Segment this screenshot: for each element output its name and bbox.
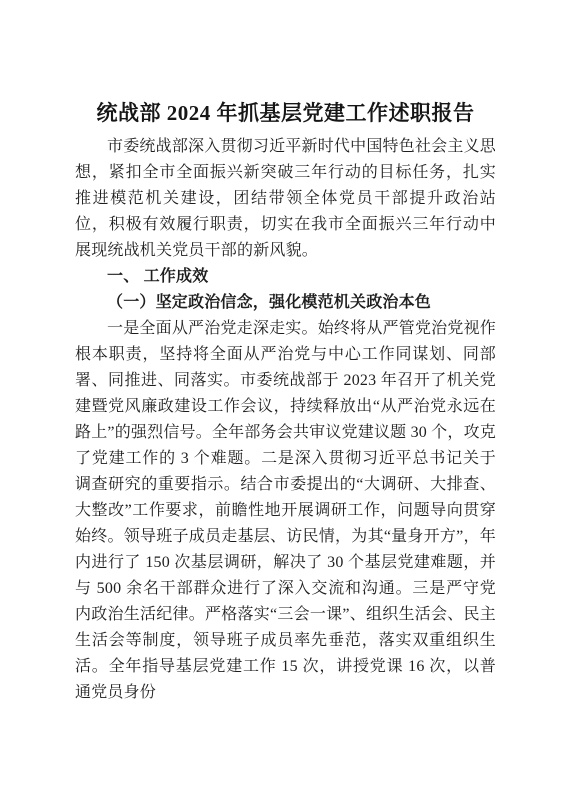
subsection-heading-political-conviction: （一）坚定政治信念，强化模范机关政治本色: [75, 290, 496, 316]
section-heading-work-results: 一、 工作成效: [75, 264, 496, 290]
intro-paragraph: 市委统战部深入贯彻习近平新时代中国特色社会主义思想，紧扣全市全面振兴新突破三年行…: [75, 134, 496, 264]
body-paragraph: 一是全面从严治党走深走实。始终将从严管党治党视作根本职责，坚持将全面从严治党与中…: [75, 316, 496, 706]
document-title: 统战部 2024 年抓基层党建工作述职报告: [75, 98, 496, 128]
document-page: 统战部 2024 年抓基层党建工作述职报告 市委统战部深入贯彻习近平新时代中国特…: [0, 0, 570, 807]
